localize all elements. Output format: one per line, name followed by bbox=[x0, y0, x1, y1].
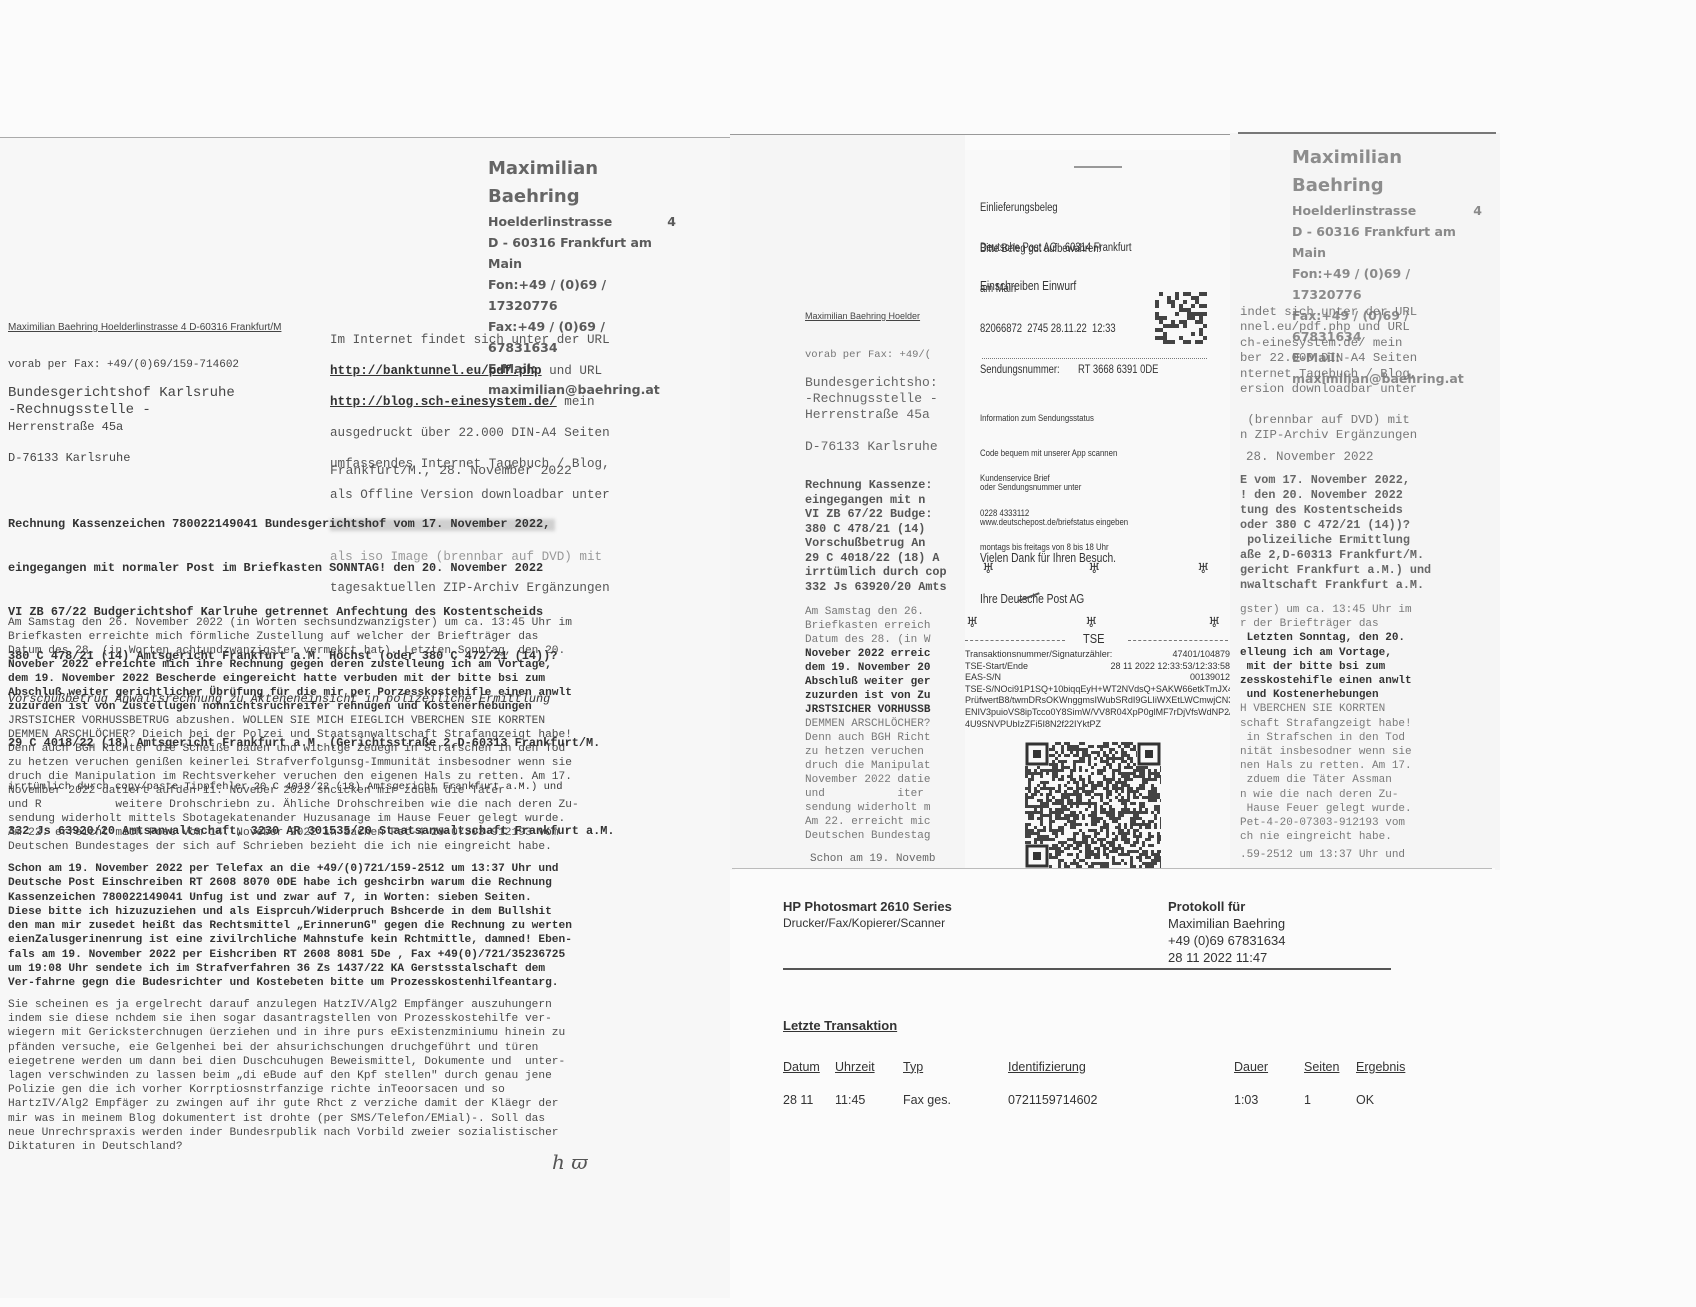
column-header: Uhrzeit bbox=[835, 1060, 903, 1074]
paragraph-line: Abschluß weiter gerichtlicher Übrüfung f… bbox=[8, 686, 579, 700]
protocol-fax-number: +49 (0)69 67831634 bbox=[1168, 932, 1285, 949]
fax-protocol-block: Protokoll für Maximilian Baehring +49 (0… bbox=[1168, 898, 1285, 966]
intro-line: (brennbar auf DVD) mit bbox=[1240, 413, 1417, 428]
table-cell: 1 bbox=[1304, 1093, 1356, 1107]
paragraph-line: druch die Manipulat bbox=[805, 759, 930, 773]
paragraph-line: r der Briefträger das bbox=[1240, 617, 1412, 631]
paragraph-line: zuzurden ist von Zustellugen nohnichtsru… bbox=[8, 700, 579, 714]
protocol-label: Protokoll für bbox=[1168, 898, 1285, 915]
paragraph-line: fals am 19. November 2022 per Eishcriben… bbox=[8, 948, 572, 962]
paragraph-copy-last: Schon am 19. Novemb bbox=[810, 852, 935, 866]
tse-row: TSE-S/NOci91P1SQ+10biqqEyH+WT2NVdsQ+SAKW… bbox=[965, 684, 1230, 696]
column-header: Ergebnis bbox=[1356, 1060, 1416, 1074]
paragraph-line: Am Samstag den 26. November 2022 (in Wor… bbox=[8, 616, 579, 630]
paragraph-line: druch die Manipulation im Rechtsverkeher… bbox=[8, 770, 579, 784]
intro-line: ausgedruckt über 22.000 DIN-A4 Seiten bbox=[330, 426, 610, 442]
subject-line: Vorschußbetrug An bbox=[805, 536, 947, 551]
paragraph-line: DEMMEN ARSCHLÖCHER? Dieich bei der Polze… bbox=[8, 728, 579, 742]
intro-line: indet sich unter der URL bbox=[1240, 305, 1417, 320]
paragraph-line: um 19:08 Uhr sendete ich im Strafverfahr… bbox=[8, 962, 572, 976]
receipt-office-line: Deutsche Post AG 60314 Frankfurt bbox=[980, 242, 1158, 256]
tse-line: 4U9SNVPUbIzZFi5I8N2f22IYktPZ bbox=[965, 719, 1230, 731]
paragraph-line: Sie scheinen es ja ergelrecht darauf anz… bbox=[8, 998, 565, 1012]
posthorn-icon: ♅ bbox=[982, 561, 995, 577]
paragraph-line: zuzurden ist von Zu bbox=[805, 689, 930, 703]
recipient-line: -Rechnugsstelle - bbox=[8, 402, 235, 419]
tse-label: Prüfwert bbox=[965, 695, 999, 707]
subject-line: tung des Kostentscheids bbox=[1240, 503, 1431, 518]
paragraph-2: Schon am 19. November 2022 per Telefax a… bbox=[8, 862, 572, 991]
fax-transaction-table: DatumUhrzeitTypIdentifizierungDauerSeite… bbox=[783, 1050, 1416, 1116]
paragraph-line: dem 19. November 2022 Bescherde eingerei… bbox=[8, 672, 579, 686]
paragraph-line: eienZalusgerinenrung ist eine zivilrchli… bbox=[8, 933, 572, 947]
tse-label: TSE-Start/Ende bbox=[965, 661, 1028, 673]
receipt-tear-mark bbox=[1074, 166, 1122, 168]
tse-row: EAS-S/N00139012 bbox=[965, 672, 1230, 684]
tse-label: TSE-S/N bbox=[965, 684, 1001, 696]
datamatrix-code bbox=[1155, 292, 1207, 344]
paragraph-line: mir was in meinem Blog dokumentert ist d… bbox=[8, 1112, 565, 1126]
paragraph-line: Ver-fahrne gegn die Budesrichter und Kos… bbox=[8, 976, 572, 990]
posthorn-icon: ♅ bbox=[1208, 615, 1221, 631]
intro-line: ch-einesystem.de/ mein bbox=[1240, 336, 1417, 351]
fax-section-title: Letzte Transaktion bbox=[783, 1018, 897, 1033]
paragraph-line: Deutschen Bundestages der sich auf Schri… bbox=[8, 840, 579, 854]
posthorn-icon: ♅ bbox=[1085, 615, 1098, 631]
letterhead-street: Hoelderlinstrasse bbox=[1292, 200, 1416, 221]
subject-block-copy: Rechnung Kassenze:eingegangen mit nVI ZB… bbox=[805, 478, 947, 594]
recipient-line: Herrenstraße 45a bbox=[8, 419, 235, 436]
table-cell: 28 11 bbox=[783, 1093, 835, 1107]
subject-line: 380 C 478/21 (14) bbox=[805, 522, 947, 537]
column-header: Seiten bbox=[1304, 1060, 1356, 1074]
url-link-blog[interactable]: http://blog.sch-einesystem.de/ bbox=[330, 395, 557, 409]
letterhead-house-no: 4 bbox=[1473, 200, 1482, 221]
paragraph-line: Deutsche Post Einschreiben RT 2608 8070 … bbox=[8, 876, 572, 890]
paragraph-line: sendung widerholt mittels Sbotagekatenan… bbox=[8, 812, 579, 826]
receipt-product: Einschreiben Einwurf bbox=[980, 280, 1076, 294]
tse-row: Transaktionsnummer/Signaturzähler:47401/… bbox=[965, 649, 1230, 661]
recipient-line: -Rechnugsstelle - bbox=[805, 391, 938, 407]
paragraph-line: Pet-4-20-07303-912193 vom bbox=[1240, 816, 1412, 830]
subject-line: 29 C 4018/22 (18) A bbox=[805, 551, 947, 566]
paragraph-line: November 2022 datie bbox=[805, 773, 930, 787]
qr-code bbox=[1025, 742, 1161, 868]
sender-return-line: Maximilian Baehring Hoelderlinstrasse 4 … bbox=[8, 322, 281, 333]
table-cell: 11:45 bbox=[835, 1093, 903, 1107]
paragraph-line: zesskostehifle einen anwlt bbox=[1240, 674, 1412, 688]
recipient-line: D-76133 Karlsruhe bbox=[8, 450, 235, 467]
subject-line: nwaltschaft Frankfurt a.M. bbox=[1240, 578, 1431, 593]
paragraph-line: Diktaturen in Deutschland? bbox=[8, 1140, 565, 1154]
tse-value: B8/twmDRsOKWnggmsIWubSRdI9GLIiWXEtLWCmwj… bbox=[999, 695, 1230, 707]
paragraph-line: Noveber 2022 erreichte mich ihre Rechnun… bbox=[8, 658, 579, 672]
paragraph-line: H VBERCHEN SIE KORRTEN bbox=[1240, 702, 1412, 716]
letter-date-copy: 28. November 2022 bbox=[1246, 450, 1374, 464]
subject-line: oder 380 C 472/21 (14))? bbox=[1240, 518, 1431, 533]
fon-label: Fon: bbox=[488, 277, 519, 292]
signature: h ϖ bbox=[552, 1150, 588, 1174]
paragraph-line: JRSTSICHER VORHUSSB bbox=[805, 703, 930, 717]
tse-value: 00139012 bbox=[1190, 672, 1230, 684]
paragraph-line: elleung ich am Vortage, bbox=[1240, 646, 1412, 660]
subject-line: polizeiliche Ermittlung bbox=[1240, 533, 1431, 548]
tse-row: TSE-Start/Ende28 11 2022 12:33:53/12:33:… bbox=[965, 661, 1230, 673]
intro-paragraph-copy: indet sich unter der URLnnel.eu/pdf.php … bbox=[1240, 305, 1417, 444]
paragraph-copy-last: .59-2512 um 13:37 Uhr und bbox=[1240, 848, 1405, 862]
intro-line: ersion downloadbar unter bbox=[1240, 382, 1417, 397]
subject-line: ! den 20. November 2022 bbox=[1240, 488, 1431, 503]
letterhead-city: D - 60316 Frankfurt am Main bbox=[488, 232, 676, 274]
shipment-number: RT 3668 6391 0DE bbox=[1078, 364, 1158, 376]
intro-line: nnel.eu/pdf.php und URL bbox=[1240, 320, 1417, 335]
page-edge-line bbox=[0, 137, 730, 138]
letterhead-city: D - 60316 Frankfurt am Main bbox=[1292, 221, 1482, 263]
table-cell: 0721159714602 bbox=[1008, 1093, 1234, 1107]
paragraph-line: Briefkasten erreich bbox=[805, 619, 930, 633]
intro-line: Im Internet findet sich unter der URL bbox=[330, 333, 610, 349]
paragraph-copy: Am Samstag den 26.Briefkasten erreichDat… bbox=[805, 605, 930, 843]
paragraph-line: und R weitere Drohschriebn zu. Ähliche D… bbox=[8, 798, 579, 812]
table-cell: 1:03 bbox=[1234, 1093, 1304, 1107]
intro-text: mein bbox=[557, 395, 595, 409]
column-header: Datum bbox=[783, 1060, 835, 1074]
shipment-label: Sendungsnummer: bbox=[980, 364, 1060, 376]
recipient-line: Herrenstraße 45a bbox=[805, 407, 938, 423]
posthorn-icon: ♅ bbox=[966, 615, 979, 631]
fax-report-top-edge bbox=[732, 868, 1492, 869]
letterhead-name: Maximilian Baehring bbox=[488, 155, 676, 211]
paragraph-line: Datum des 28. (in Worten achtundzwanzigs… bbox=[8, 644, 579, 658]
paragraph-line: mit der bitte bsi zum bbox=[1240, 660, 1412, 674]
subject-line: irrtümlich durch cop bbox=[805, 565, 947, 580]
paragraph-line: schaft Strafangzeigt habe! bbox=[1240, 717, 1412, 731]
service-line: Kundenservice Brief bbox=[980, 473, 1109, 485]
recipient-line bbox=[805, 423, 938, 439]
fax-report-divider bbox=[783, 968, 1391, 970]
paragraph-line: zduem die Täter Assman bbox=[1240, 773, 1412, 787]
paragraph-line: nität insbesodner wenn sie bbox=[1240, 745, 1412, 759]
subject-line: VI ZB 67/22 Budge: bbox=[805, 507, 947, 522]
letterhead-house-no: 4 bbox=[667, 211, 676, 232]
paragraph-line: HartzIV/Alg2 Empfäger zu zwingen auf ihr… bbox=[8, 1097, 565, 1111]
letterhead-street: Hoelderlinstrasse bbox=[488, 211, 612, 232]
posthorn-icon: ♅ bbox=[1197, 561, 1210, 577]
paragraph-copy: gster) um ca. 13:45 Uhr imr der Briefträ… bbox=[1240, 603, 1412, 844]
paragraph-line: Noveber 2022 erreic bbox=[805, 647, 930, 661]
subject-line: 332 Js 63920/20 Amts bbox=[805, 580, 947, 595]
column-header: Identifizierung bbox=[1008, 1060, 1234, 1074]
paragraph-line: Abschluß weiter ger bbox=[805, 675, 930, 689]
paragraph-line: Am 22. erreicht mich Post vom 14. Novebe… bbox=[8, 826, 579, 840]
paragraph-line: Denn auch BGH Richter die Scheiße bauen … bbox=[8, 742, 579, 756]
tse-line: ENIV3puioVS8ipTcco0Y8SimW/VV8R04XpP0glMF… bbox=[965, 707, 1230, 719]
protocol-owner: Maximilian Baehring bbox=[1168, 915, 1285, 932]
tse-value: 28 11 2022 12:33:53/12:33:58 bbox=[1111, 661, 1230, 673]
protocol-timestamp: 28 11 2022 11:47 bbox=[1168, 949, 1285, 966]
intro-line: ber 22.000 DIN-A4 Seiten bbox=[1240, 351, 1417, 366]
subject-line: Rechnung Kassenze: bbox=[805, 478, 947, 493]
paragraph-3: Sie scheinen es ja ergelrecht darauf anz… bbox=[8, 998, 565, 1154]
paragraph-line: Denn auch BGH Richt bbox=[805, 731, 930, 745]
receipt-title: Einlieferungsbeleg bbox=[980, 202, 1101, 216]
fax-transmission-report: HP Photosmart 2610 Series Drucker/Fax/Ko… bbox=[735, 868, 1495, 1168]
tse-details: Transaktionsnummer/Signaturzähler:47401/… bbox=[965, 649, 1230, 730]
recipient-address-copy: Bundesgerichtsho:-Rechnugsstelle -Herren… bbox=[805, 375, 938, 455]
subject-line: E vom 17. November 2022, bbox=[1240, 473, 1431, 488]
receipt-office: Deutsche Post AG 60314 Frankfurt am Main… bbox=[980, 215, 1158, 391]
paragraph-line: den man mir zusedet heißt das Rechtsmitt… bbox=[8, 919, 572, 933]
fax-advance-note-copy: vorab per Fax: +49/( bbox=[805, 347, 931, 364]
paragraph-line: Deutschen Bundestag bbox=[805, 829, 930, 843]
subject-line: eingegangen mit n bbox=[805, 493, 947, 508]
tse-heading: TSE bbox=[1083, 632, 1105, 646]
column-header: Typ bbox=[903, 1060, 1008, 1074]
recipient-line: D-76133 Karlsruhe bbox=[805, 439, 938, 455]
subject-block-copy: E vom 17. November 2022,! den 20. Novemb… bbox=[1240, 473, 1431, 593]
receipt-terminal-line: 82066872 2745 28.11.22 12:33 bbox=[980, 323, 1158, 337]
paragraph-1: Am Samstag den 26. November 2022 (in Wor… bbox=[8, 616, 579, 854]
intro-line: nternet Tagebuch / Blog, bbox=[1240, 367, 1417, 382]
tse-value: 47401/104879 bbox=[1172, 649, 1230, 661]
paragraph-line: nen Hals zu retten. Am 17. bbox=[1240, 759, 1412, 773]
sender-return-line-copy: Maximilian Baehring Hoelder bbox=[805, 311, 920, 321]
paragraph-line: Am Samstag den 26. bbox=[805, 605, 930, 619]
letter-date: Frankfurt/M., 28. November 2022 bbox=[330, 463, 572, 478]
paragraph-line: gster) um ca. 13:45 Uhr im bbox=[1240, 603, 1412, 617]
subject-line: aße 2,D-60313 Frankfurt/M. bbox=[1240, 548, 1431, 563]
page-edge-line bbox=[1238, 132, 1496, 134]
paragraph-line: wiegern mit Gericksterchnugen üerziehen … bbox=[8, 1026, 565, 1040]
paragraph-line: n wie die nach deren Zu- bbox=[1240, 788, 1412, 802]
paragraph-line: Hause Feuer gelegt wurde. bbox=[1240, 802, 1412, 816]
paragraph-line: zu hetzen veruchen genißen keinerlei Str… bbox=[8, 756, 579, 770]
paragraph-line: neue Unrechrspraxis werden inder Bundesr… bbox=[8, 1126, 565, 1140]
fon-label: Fon: bbox=[1292, 266, 1323, 281]
recipient-line: Bundesgerichtsho: bbox=[805, 375, 938, 391]
paragraph-line: JRSTSICHER VORHUSSBETRUG abzushen. WOLLE… bbox=[8, 714, 579, 728]
fax-device-type: Drucker/Fax/Kopierer/Scanner bbox=[783, 915, 952, 932]
paragraph-line: Datum des 28. (in W bbox=[805, 633, 930, 647]
intro-text: und URL bbox=[542, 364, 602, 378]
tse-row: PrüfwertB8/twmDRsOKWnggmsIWubSRdI9GLIiWX… bbox=[965, 695, 1230, 707]
paragraph-line: Polizie gen die ich vorher Korrptiosnstr… bbox=[8, 1083, 565, 1097]
subject-line: gericht Frankfurt a.M.) und bbox=[1240, 563, 1431, 578]
thanks-line: Ihre Deutsche Post AG bbox=[980, 593, 1116, 607]
fax-advance-note: vorab per Fax: +49/(0)69/159-714602 bbox=[8, 357, 239, 374]
receipt-dotted-divider bbox=[982, 358, 1207, 359]
posthorn-icon: ♅ bbox=[1088, 561, 1101, 577]
paragraph-line: pfänden versuche, eie Gelgenhei bei der … bbox=[8, 1041, 565, 1055]
fax-table-row: 28 1111:45Fax ges.07211597146021:031OK bbox=[783, 1083, 1416, 1116]
paragraph-line: sendung widerholt m bbox=[805, 801, 930, 815]
paragraph-line: DEMMEN ARSCHLÖCHER? bbox=[805, 717, 930, 731]
paragraph-line: Schon am 19. November 2022 per Telefax a… bbox=[8, 862, 572, 876]
paragraph-line: ch nie eingreicht habe. bbox=[1240, 830, 1412, 844]
fax-table-header: DatumUhrzeitTypIdentifizierungDauerSeite… bbox=[783, 1050, 1416, 1083]
paragraph-line: Am 22. erreicht mic bbox=[805, 815, 930, 829]
paragraph-line: zu hetzen veruchen bbox=[805, 745, 930, 759]
tse-divider-right bbox=[1128, 640, 1228, 641]
tse-label: EAS-S/N bbox=[965, 672, 1001, 684]
page-edge-line bbox=[730, 134, 1230, 135]
paragraph-line: Briefkasten erreichte mich förmliche Zus… bbox=[8, 630, 579, 644]
info-line: Information zum Sendungsstatus bbox=[980, 413, 1128, 425]
table-cell: Fax ges. bbox=[903, 1093, 1008, 1107]
intro-line bbox=[1240, 397, 1417, 412]
paragraph-line: Kassenzeichen 780022149041 Unfug ist und… bbox=[8, 891, 572, 905]
subject-line: eingegangen mit normaler Post im Briefka… bbox=[8, 561, 615, 576]
paragraph-line: indem sie diese nchdem sie ihen sogar da… bbox=[8, 1012, 565, 1026]
recipient-line: Bundesgerichtshof Karlsruhe bbox=[8, 385, 235, 402]
url-link-banktunnel[interactable]: http://banktunnel.eu/pdf.php bbox=[330, 364, 542, 378]
recipient-address: Bundesgerichtshof Karlsruhe -Rechnugsste… bbox=[8, 385, 235, 467]
paragraph-line: November 2022 datiert aufden 11. Noveber… bbox=[8, 784, 579, 798]
tse-label: Transaktionsnummer/Signaturzähler: bbox=[965, 649, 1112, 661]
column-header: Dauer bbox=[1234, 1060, 1304, 1074]
paragraph-line: lagen verschwinden zu lassen beim „di eB… bbox=[8, 1069, 565, 1083]
paragraph-line: Letzten Sonntag, den 20. bbox=[1240, 631, 1412, 645]
fax-device-block: HP Photosmart 2610 Series Drucker/Fax/Ko… bbox=[783, 898, 952, 932]
subject-line: Rechnung Kassenzeichen 780022149041 Bund… bbox=[8, 517, 615, 532]
letterhead-name: Maximilian Baehring bbox=[1292, 144, 1482, 200]
paragraph-line: in Strafschen in den Tod bbox=[1240, 731, 1412, 745]
paragraph-line: dem 19. November 20 bbox=[805, 661, 930, 675]
intro-line: n ZIP-Archiv Ergänzungen bbox=[1240, 428, 1417, 443]
paragraph-line: und Kostenerhebungen bbox=[1240, 688, 1412, 702]
paragraph-line: und iter bbox=[805, 787, 930, 801]
tse-value: Oci91P1SQ+10biqqEyH+WT2NVdsQ+SAKW66etkTm… bbox=[1001, 684, 1230, 696]
service-line: 0228 4333112 bbox=[980, 508, 1109, 520]
paragraph-line: eiegetrene werden um dann bei dien Dusch… bbox=[8, 1055, 565, 1069]
paragraph-line: Diese bitte ich hizuzuziehen und als Eis… bbox=[8, 905, 572, 919]
fax-device-name: HP Photosmart 2610 Series bbox=[783, 898, 952, 915]
table-cell: OK bbox=[1356, 1093, 1416, 1107]
tse-divider-left bbox=[965, 640, 1065, 641]
